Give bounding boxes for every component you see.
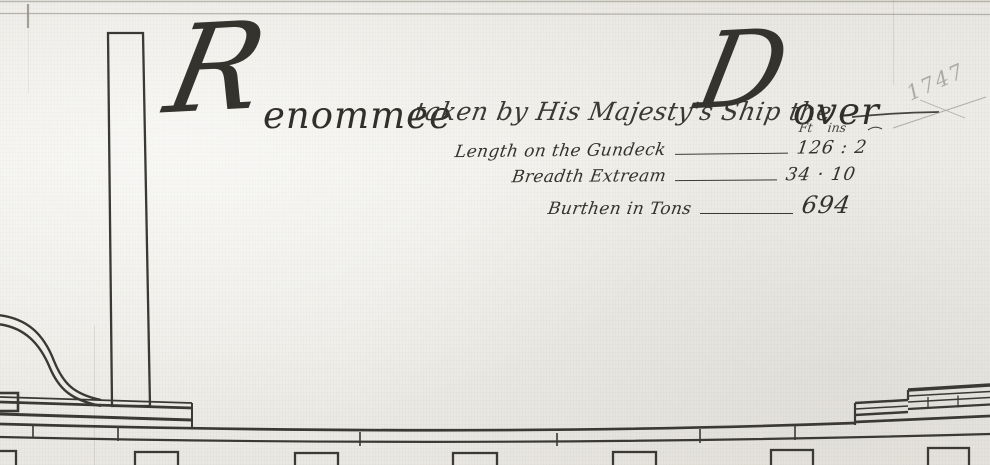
mast xyxy=(108,33,150,406)
measurement-row-breadth: Breadth Extream 34 · 10 xyxy=(512,164,856,187)
measurement-row-burthen: Burthen in Tons 694 xyxy=(548,191,851,219)
units-header: Ftins xyxy=(798,120,847,135)
measurement-label: Breadth Extream xyxy=(510,166,667,187)
document-page: R enommee taken by His Majesty's Ship th… xyxy=(0,0,990,465)
measurement-label: Burthen in Tons xyxy=(546,199,693,219)
units-feet-label: Ft xyxy=(798,120,814,135)
forecastle-deck-lines xyxy=(0,397,192,428)
measurement-value: 126 : 2 xyxy=(795,137,868,159)
measurement-row-length: Length on the Gundeck 126 : 2 xyxy=(455,137,867,162)
leader-line xyxy=(675,179,777,181)
gunport-hatches xyxy=(0,448,969,465)
measurement-label: Length on the Gundeck xyxy=(454,140,668,162)
main-sheer-lines xyxy=(0,423,990,442)
quarterdeck-steps xyxy=(855,385,990,425)
paper-edge-lines xyxy=(0,2,990,29)
measurement-value: 694 xyxy=(800,191,853,219)
units-inches-label: ins xyxy=(827,120,848,135)
leader-line xyxy=(700,213,793,214)
leader-line xyxy=(675,153,788,155)
measurement-value: 34 · 10 xyxy=(784,164,857,186)
ship-draught-drawing xyxy=(0,0,990,465)
